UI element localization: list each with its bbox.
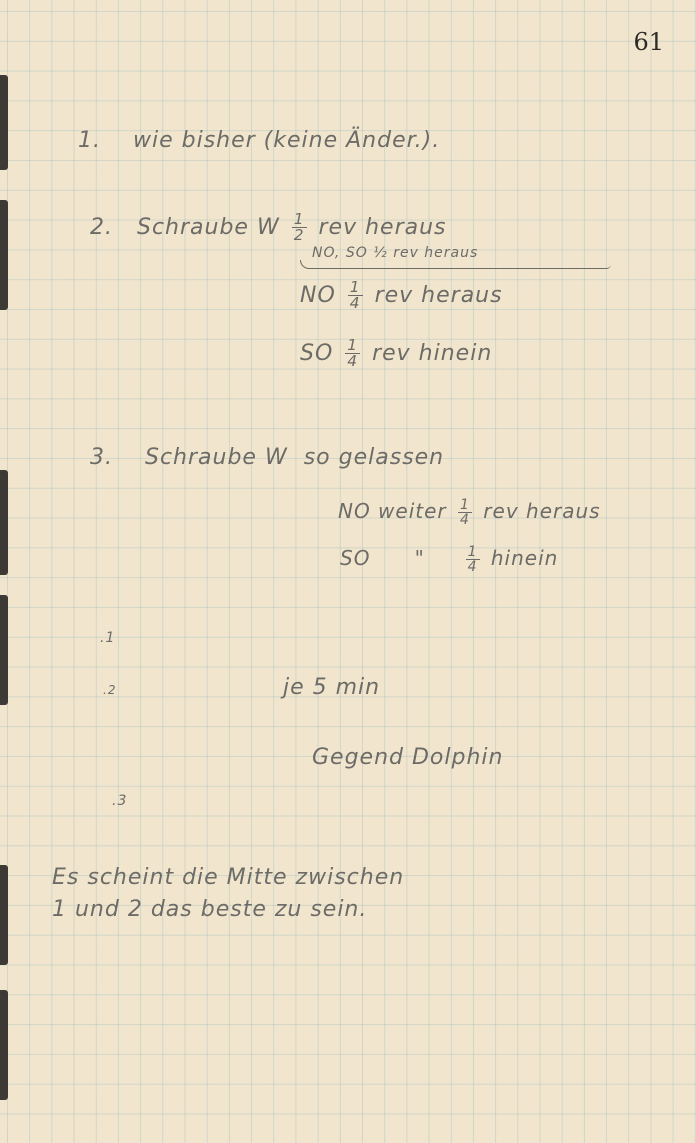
binding-stitch (0, 865, 8, 965)
item-3: 3. Schraube W so gelassen (90, 445, 444, 470)
correction-underline (300, 260, 611, 269)
conclusion-line-2: 1 und 2 das beste zu sein. (52, 897, 367, 922)
page-number: 61 (633, 28, 664, 56)
item-3-so: SO " 14 hinein (340, 545, 558, 574)
item-2-correction: NO, SO ½ rev heraus (312, 245, 478, 261)
item-2-number: 2. (90, 215, 113, 240)
fraction: 12 (292, 212, 307, 244)
conclusion-line-1: Es scheint die Mitte zwischen (52, 865, 404, 890)
mark-2: .2 (103, 683, 116, 697)
item-1-text: wie bisher (keine Änder.). (133, 128, 440, 153)
region-note: Gegend Dolphin (312, 745, 503, 770)
binding-stitch (0, 990, 8, 1100)
item-2-label: Schraube W (137, 215, 280, 240)
binding-stitch (0, 595, 8, 705)
item-1-number: 1. (78, 128, 101, 153)
item-2: 2. Schraube W 12 rev heraus (90, 212, 447, 244)
mark-1: .1 (100, 630, 115, 646)
item-1: 1. wie bisher (keine Änder.). (78, 128, 440, 153)
interval-note: je 5 min (283, 675, 380, 700)
item-3-no: NO weiter 14 rev heraus (338, 498, 601, 527)
item-2-so: SO 14 rev hinein (300, 338, 492, 370)
mark-3: .3 (112, 793, 127, 809)
item-2-no: NO 14 rev heraus (300, 280, 503, 312)
binding-stitch (0, 200, 8, 310)
binding-stitch (0, 75, 8, 170)
binding-stitch (0, 470, 8, 575)
notebook-page: 61 1. wie bisher (keine Änder.). 2. Schr… (0, 0, 696, 1143)
item-2-rest: rev heraus (319, 215, 447, 240)
